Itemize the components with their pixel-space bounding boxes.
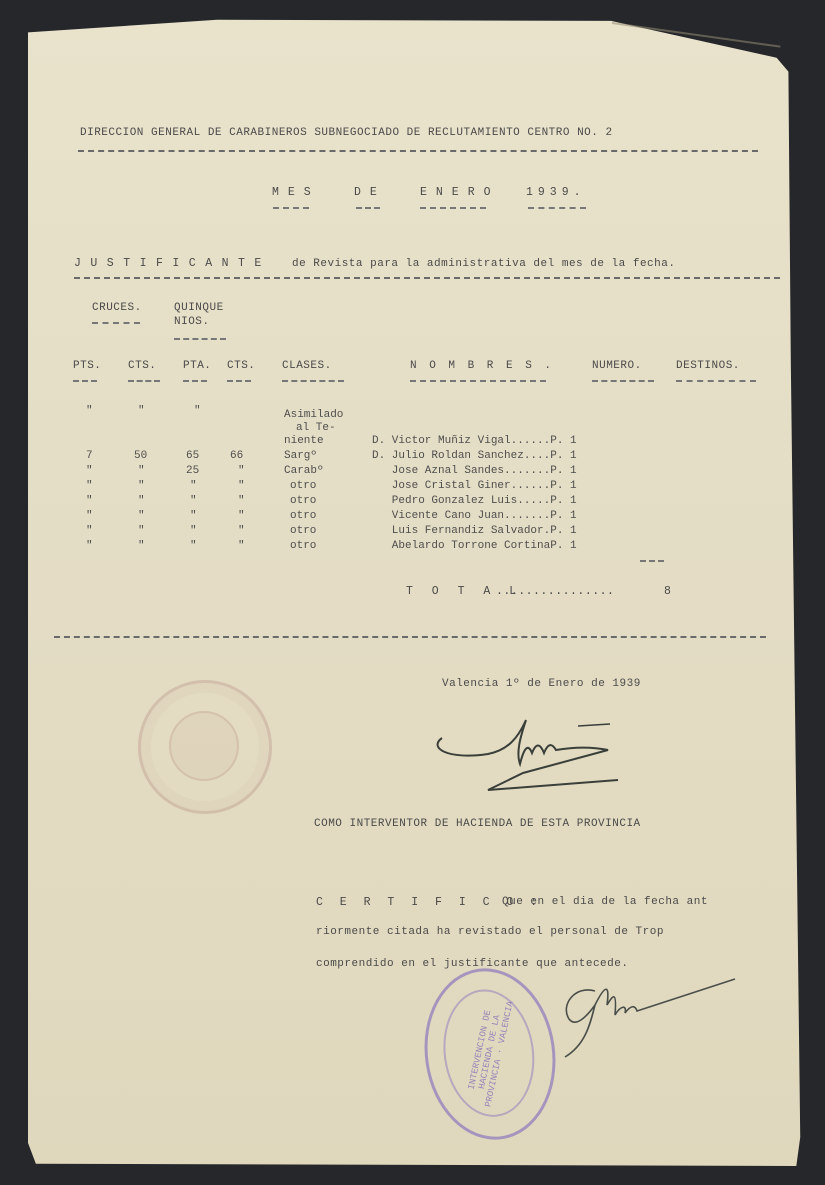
cell-clase: otro — [290, 525, 316, 537]
cell-pts: " — [86, 480, 93, 492]
cell-cts: " — [138, 525, 145, 537]
table-row: " " " Asimilado al Te- niente D. Victor … — [0, 405, 825, 420]
cell-pts: " — [86, 405, 93, 417]
cell-nombre: D. Julio Roldan Sanchez....P. 1 — [372, 450, 577, 462]
cell-clase-line1: Asimilado — [284, 409, 343, 421]
cell-clase: Sargº — [284, 450, 317, 462]
cell-clase: otro — [290, 510, 316, 522]
certifico-line3: comprendido en el justificante que antec… — [316, 958, 628, 970]
underline — [420, 207, 486, 209]
cell-clase: otro — [290, 495, 316, 507]
table-row: " " " " otro Jose Cristal Giner......P. … — [0, 480, 825, 495]
cell-clase: otro — [290, 540, 316, 552]
cell-nombre: Jose Aznal Sandes.......P. 1 — [372, 465, 577, 477]
table-row: " " " " otro Pedro Gonzalez Luis.....P. … — [0, 495, 825, 510]
col-nombres: N O M B R E S . — [410, 360, 554, 372]
cell-pts: " — [86, 510, 93, 522]
cell-nombre: D. Victor Muñiz Vigal......P. 1 — [372, 435, 577, 447]
col-clases: CLASES. — [282, 360, 332, 372]
round-seal-stamp — [138, 680, 272, 814]
cell-pta: " — [190, 510, 197, 522]
cell-cts: " — [138, 465, 145, 477]
cell-cts: " — [138, 495, 145, 507]
underline — [227, 380, 251, 382]
cell-clase: otro — [290, 480, 316, 492]
signature-lower — [555, 975, 745, 1075]
cell-pta: 65 — [186, 450, 199, 462]
cell-cts-2: " — [238, 495, 245, 507]
cell-pts: " — [86, 495, 93, 507]
table-row: 7 50 65 66 Sargº D. Julio Roldan Sanchez… — [0, 450, 825, 465]
underline — [592, 380, 654, 382]
cell-clase-line2: al Te- — [296, 422, 336, 434]
cell-pta: " — [190, 495, 197, 507]
month-word-de: DE — [354, 186, 386, 199]
place-date: Valencia 1º de Enero de 1939 — [442, 678, 641, 690]
section-divider — [54, 636, 766, 638]
cell-cts-2: " — [238, 525, 245, 537]
cell-nombre: Jose Cristal Giner......P. 1 — [372, 480, 577, 492]
justificante-divider — [74, 277, 780, 279]
cell-cts-2: " — [238, 510, 245, 522]
underline — [356, 207, 380, 209]
interventor-title: COMO INTERVENTOR DE HACIENDA DE ESTA PRO… — [314, 818, 641, 830]
underline — [174, 338, 226, 340]
cell-cts: " — [138, 480, 145, 492]
cell-cts: " — [138, 510, 145, 522]
cell-nombre: Vicente Cano Juan.......P. 1 — [372, 510, 577, 522]
cell-pts: " — [86, 525, 93, 537]
underline — [676, 380, 756, 382]
quinquenios-header-line2: NIOS. — [174, 316, 210, 328]
cell-cts-2: 66 — [230, 450, 243, 462]
total-dots: ................ — [496, 585, 614, 598]
col-pta: PTA. — [183, 360, 211, 372]
cell-nombre: Luis Fernandiz Salvador.P. 1 — [372, 525, 577, 537]
cell-clase-line3: niente — [284, 435, 324, 447]
table-row: " " " " otro Luis Fernandiz Salvador.P. … — [0, 525, 825, 540]
sum-underline — [640, 560, 664, 562]
cell-cts-2: " — [238, 480, 245, 492]
underline — [183, 380, 207, 382]
month-word-enero: ENERO — [420, 186, 500, 199]
cell-pts: " — [86, 540, 93, 552]
cell-pta: " — [194, 405, 201, 417]
certifico-line2: riormente citada ha revistado el persona… — [316, 926, 664, 938]
header-divider — [78, 150, 758, 152]
cell-pta: " — [190, 540, 197, 552]
col-destinos: DESTINOS. — [676, 360, 740, 372]
quinquenios-header-line1: QUINQUE — [174, 302, 224, 314]
cell-cts: " — [138, 405, 145, 417]
underline — [73, 380, 97, 382]
underline — [282, 380, 344, 382]
cell-pts: " — [86, 465, 93, 477]
cell-cts-2: " — [238, 540, 245, 552]
certifico-line1: Que en el dia de la fecha ant — [502, 896, 708, 908]
cell-pta: 25 — [186, 465, 199, 477]
underline — [92, 322, 140, 324]
cruces-header: CRUCES. — [92, 302, 142, 314]
month-word-year: 1939. — [526, 186, 586, 199]
cell-cts: " — [138, 540, 145, 552]
total-value: 8 — [664, 585, 671, 598]
underline — [273, 207, 309, 209]
col-pts: PTS. — [73, 360, 101, 372]
col-numero: NUMERO. — [592, 360, 642, 372]
cell-nombre: Abelardo Torrone CortinaP. 1 — [372, 540, 577, 552]
cell-cts-2: " — [238, 465, 245, 477]
cell-pts: 7 — [86, 450, 93, 462]
justificante-lead: JUSTIFICANTE — [74, 257, 271, 270]
table-row: " " " " otro Vicente Cano Juan.......P. … — [0, 510, 825, 525]
cell-nombre: Pedro Gonzalez Luis.....P. 1 — [372, 495, 577, 507]
month-word-mes: MES — [272, 186, 320, 199]
cell-pta: " — [190, 480, 197, 492]
underline — [410, 380, 546, 382]
col-cts: CTS. — [128, 360, 156, 372]
underline — [528, 207, 586, 209]
cell-clase: Carabº — [284, 465, 324, 477]
table-row: " " 25 " Carabº Jose Aznal Sandes.......… — [0, 465, 825, 480]
cell-cts: 50 — [134, 450, 147, 462]
justificante-text: de Revista para la administrativa del me… — [292, 258, 675, 270]
underline — [128, 380, 160, 382]
document-header: DIRECCION GENERAL DE CARABINEROS SUBNEGO… — [80, 127, 613, 139]
seal-emblem — [169, 711, 239, 781]
signature-upper — [428, 698, 628, 798]
cell-pta: " — [190, 525, 197, 537]
table-row: " " " " otro Abelardo Torrone CortinaP. … — [0, 540, 825, 555]
col-cts-2: CTS. — [227, 360, 255, 372]
